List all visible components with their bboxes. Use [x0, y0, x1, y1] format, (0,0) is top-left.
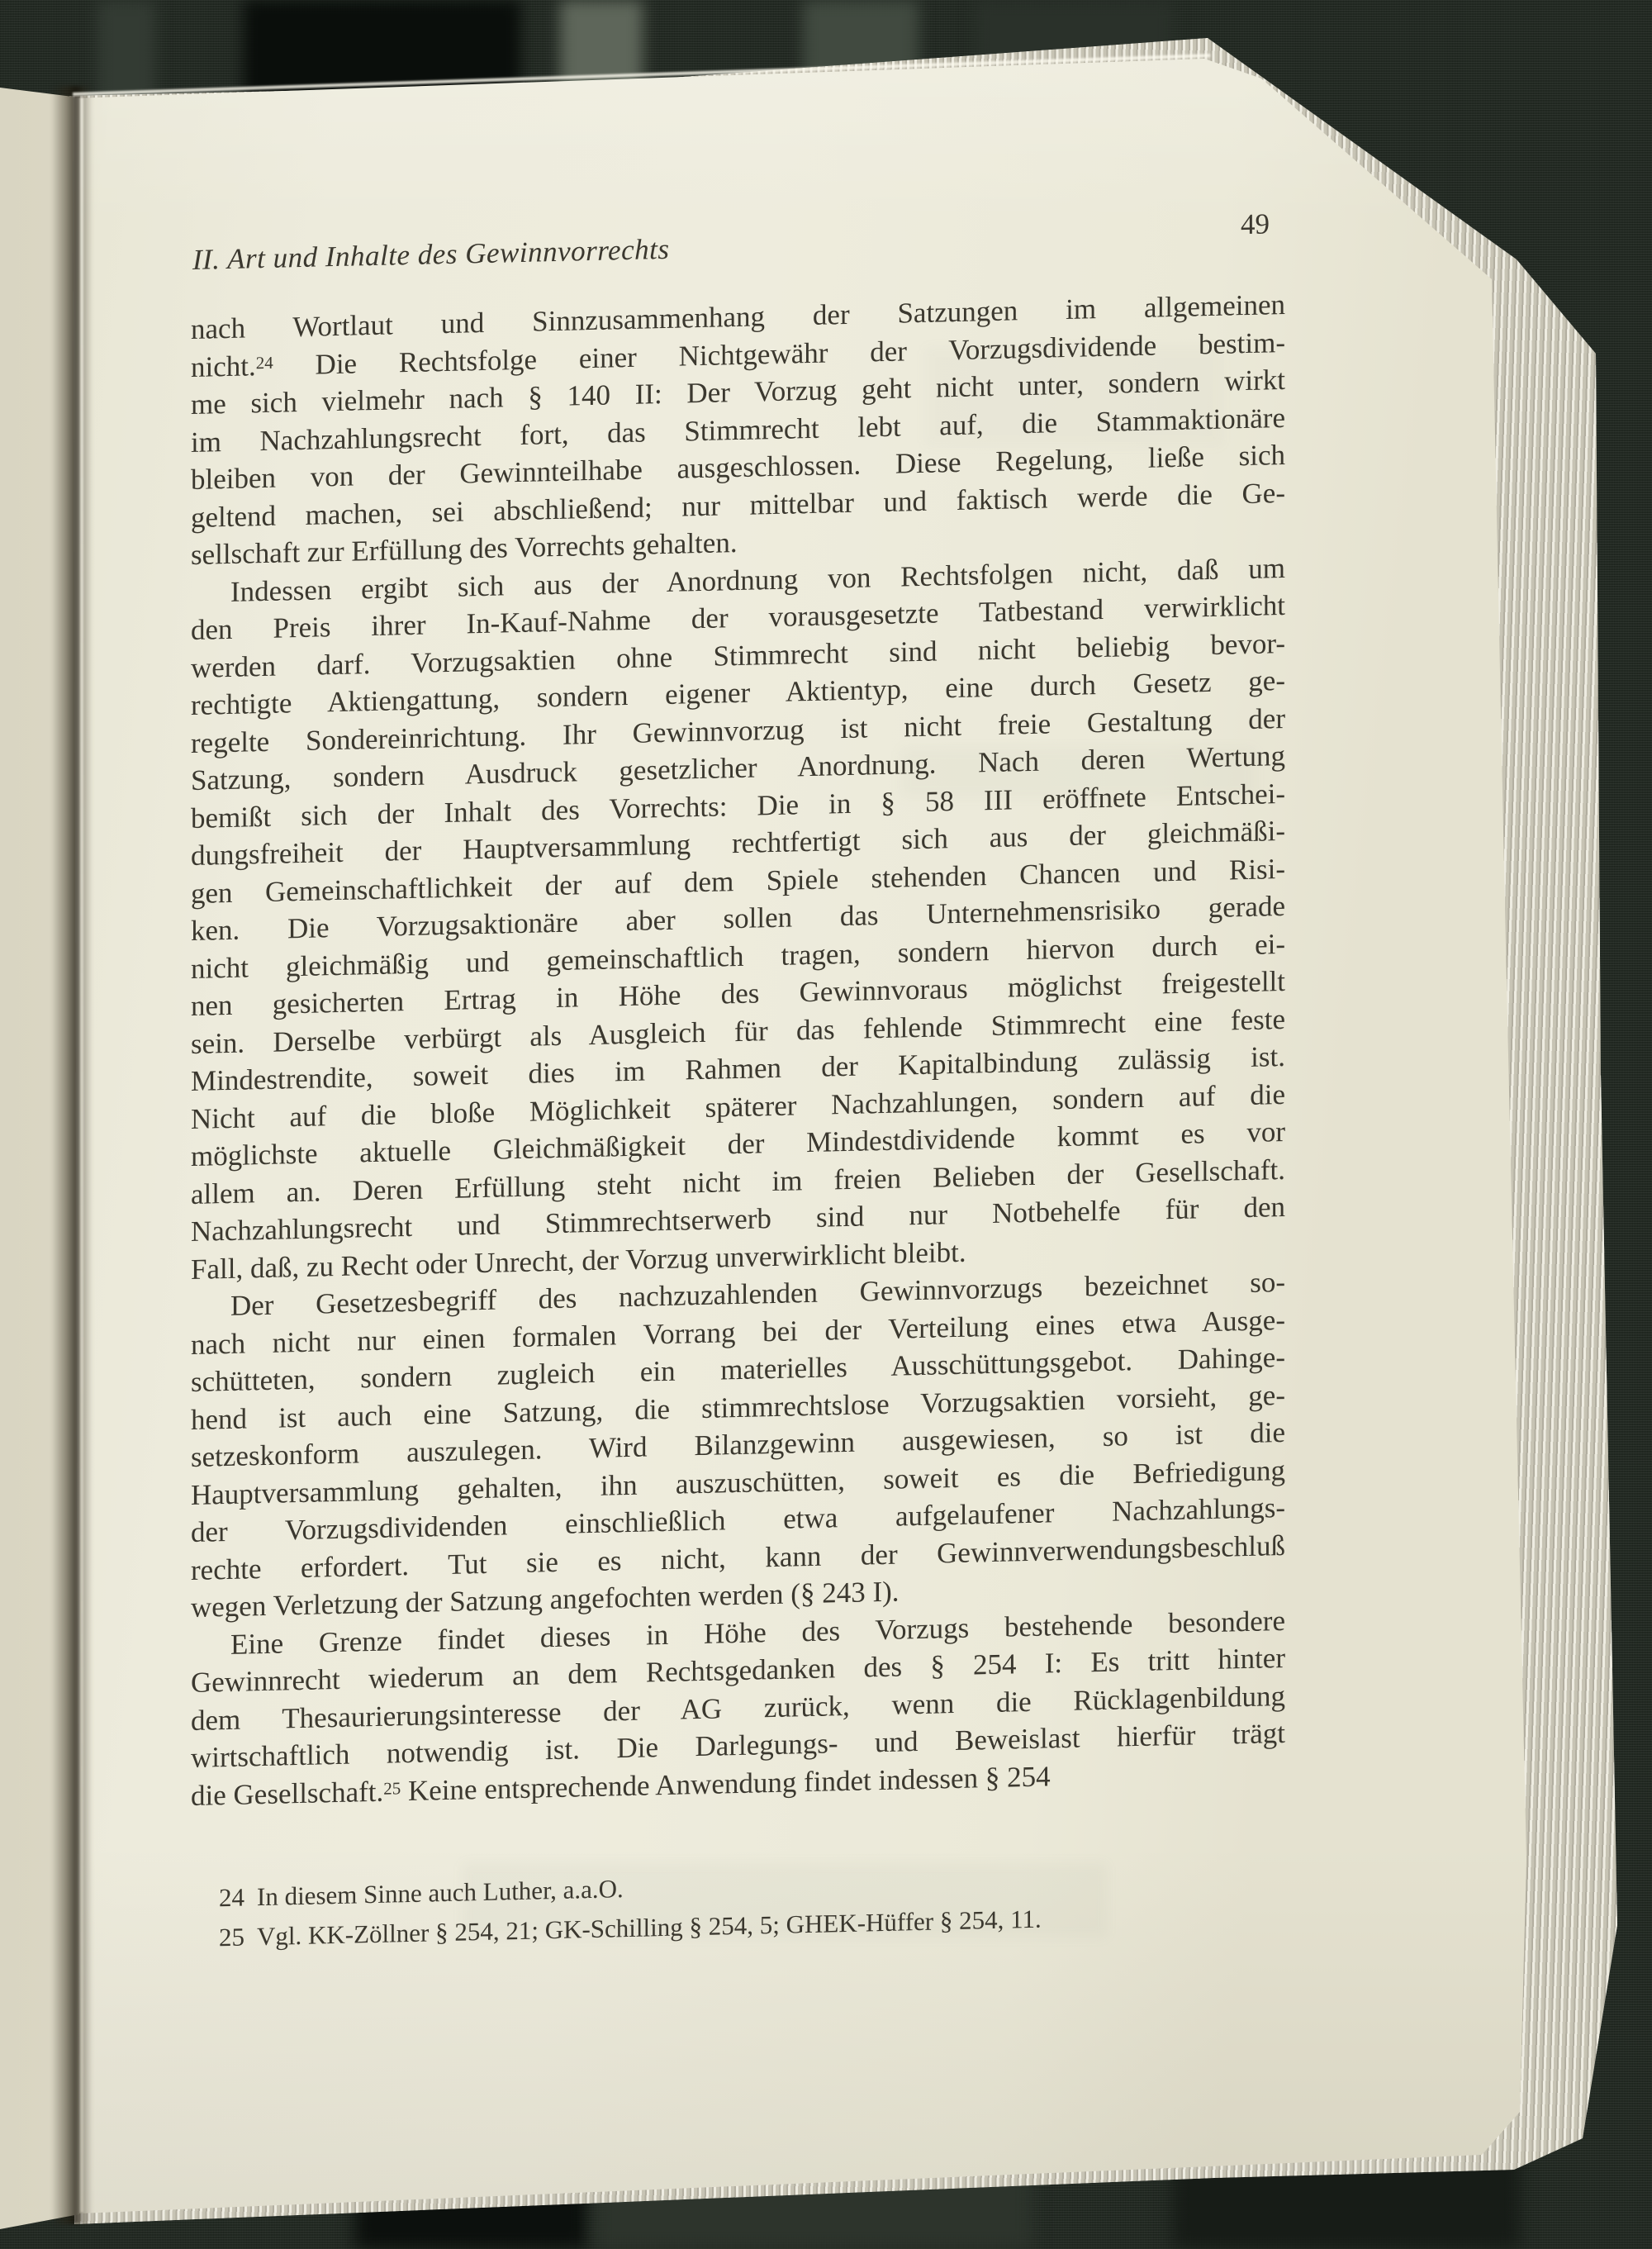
- paragraph: nach Wortlaut und Sinnzusammenhang der S…: [191, 286, 1285, 574]
- paragraph: Der Gesetzesbegriff des nachzuzahlenden …: [191, 1263, 1285, 1627]
- paragraph: Eine Grenze findet dieses in Höhe des Vo…: [191, 1601, 1285, 1814]
- footnote-number: 24: [219, 1877, 257, 1918]
- page-left-edge: [80, 97, 83, 2213]
- body-text: nach Wortlaut und Sinnzusammenhang der S…: [191, 286, 1285, 1814]
- footnote-text: In diesem Sinne auch Luther, a.a.O.: [257, 1874, 624, 1911]
- page-number: 49: [1241, 205, 1270, 244]
- gutter-shadow: [51, 86, 93, 2224]
- footnote-marker: 25: [383, 1778, 401, 1798]
- footnote-number: 25: [219, 1917, 257, 1957]
- text-block: II. Art und Inhalte des Gewinnvorrechts …: [191, 216, 1285, 1958]
- paragraph: Indessen ergibt sich aus der Anordnung v…: [191, 549, 1285, 1288]
- footnote-marker: 24: [256, 352, 273, 372]
- book-scan: II. Art und Inhalte des Gewinnvorrechts …: [0, 0, 1652, 2249]
